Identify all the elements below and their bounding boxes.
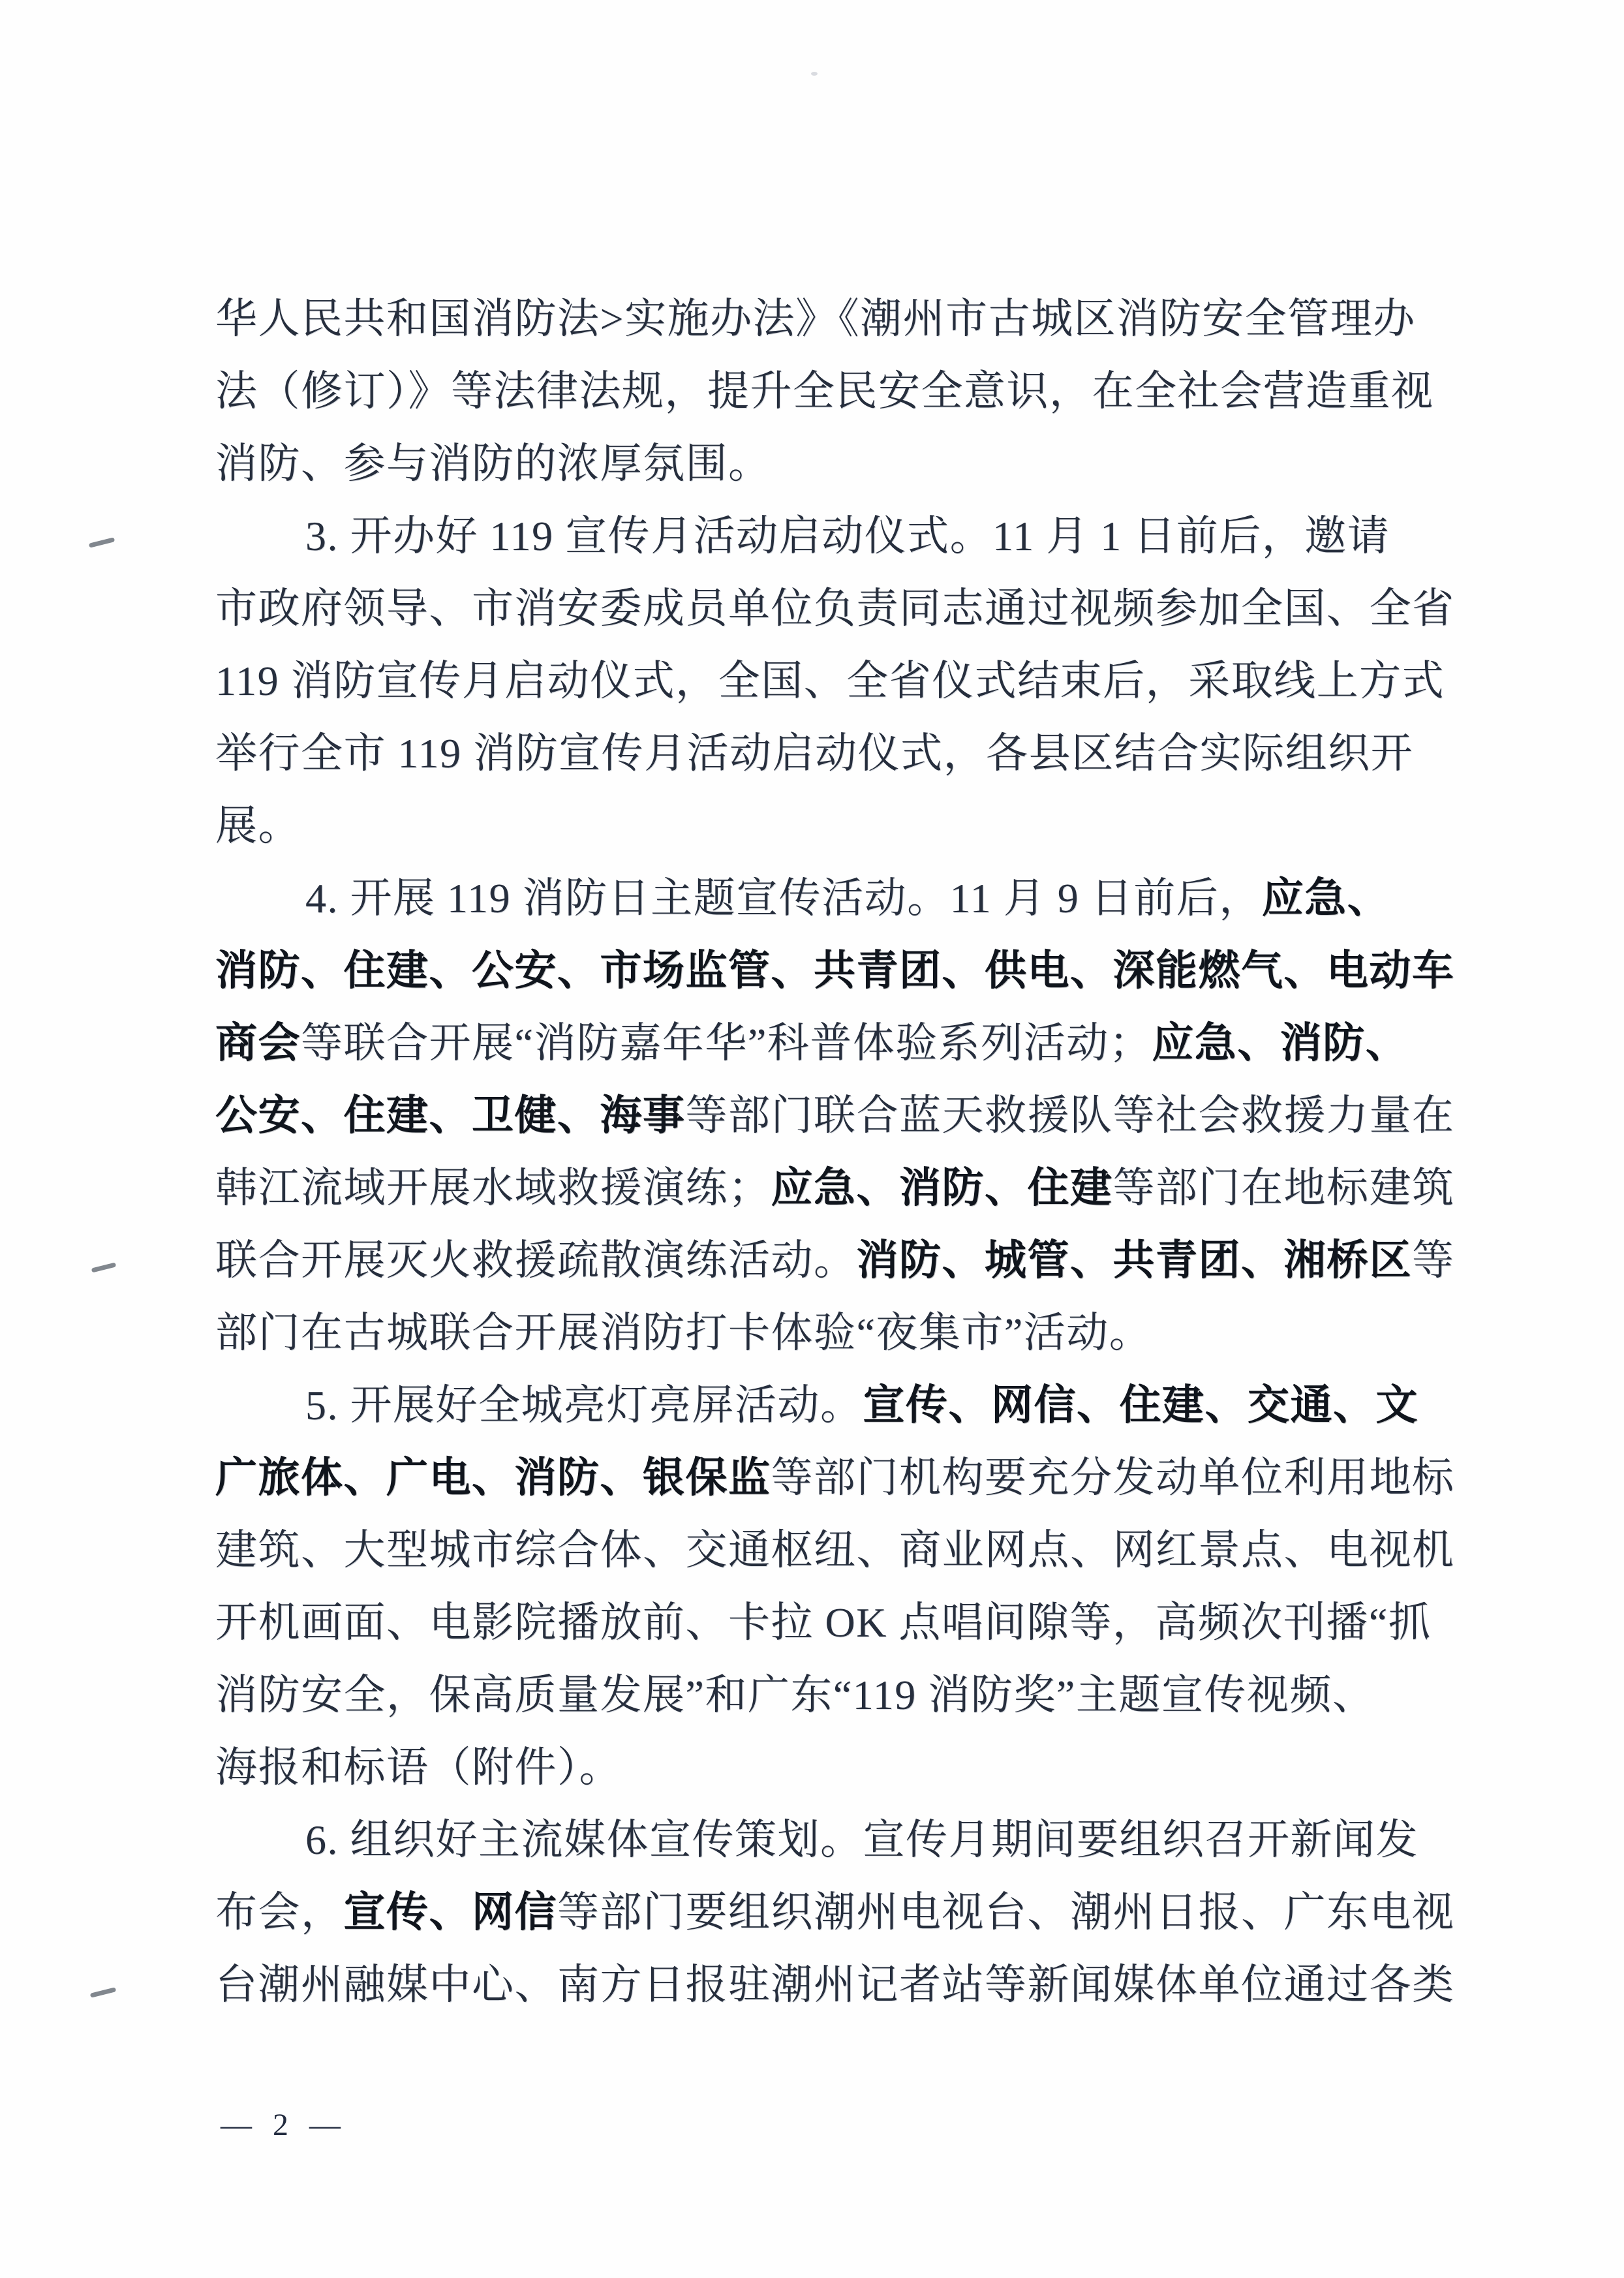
text-run: 建筑、大型城市综合体、交通枢纽、商业网点、网红景点、电视机 <box>215 1527 1455 1573</box>
text-line: 联合开展灭火救援疏散演练活动。消防、城管、共青团、湘桥区等 <box>215 1224 1442 1297</box>
text-line: 广旅体、广电、消防、银保监等部门机构要充分发动单位利用地标 <box>215 1441 1442 1514</box>
text-run: 4. 开展 119 消防日主题宣传活动。11 月 9 日前后， <box>305 875 1262 921</box>
scan-smudge-mark <box>91 1263 117 1273</box>
text-line: 建筑、大型城市综合体、交通枢纽、商业网点、网红景点、电视机 <box>215 1514 1442 1586</box>
text-run: 等部门要组织潮州电视台、潮州日报、广东电视 <box>557 1889 1455 1935</box>
text-run: 等部门联合蓝天救援队等社会救援力量在 <box>686 1092 1455 1139</box>
paragraph-first-line: 4. 开展 119 消防日主题宣传活动。11 月 9 日前后，应急、 <box>215 862 1442 934</box>
text-line: 消防、住建、公安、市场监管、共青团、供电、深能燃气、电动车 <box>215 934 1442 1007</box>
text-line: 119 消防宣传月启动仪式，全国、全省仪式结束后，采取线上方式 <box>215 645 1442 717</box>
department-names-bold: 应急、消防、住建 <box>771 1165 1113 1211</box>
text-run: 3. 开办好 119 宣传月活动启动仪式。11 月 1 日前后，邀请 <box>305 513 1390 559</box>
text-line: 法（修订）》等法律法规，提升全民安全意识，在全社会营造重视 <box>215 355 1442 427</box>
document-page: 华人民共和国消防法>实施办法》《潮州市古城区消防安全管理办法（修订）》等法律法规… <box>0 0 1624 2278</box>
department-names-bold: 商会 <box>215 1020 301 1066</box>
text-run: 消防安全，保高质量发展”和广东“119 消防奖”主题宣传视频、 <box>215 1672 1375 1718</box>
text-line: 华人民共和国消防法>实施办法》《潮州市古城区消防安全管理办 <box>215 283 1442 355</box>
text-run: 等 <box>1412 1237 1455 1284</box>
paragraph-first-line: 5. 开展好全城亮灯亮屏活动。宣传、网信、住建、交通、文 <box>215 1369 1442 1441</box>
text-run: 展。 <box>215 803 301 849</box>
text-run: 联合开展灭火救援疏散演练活动。 <box>215 1237 857 1284</box>
text-run: 举行全市 119 消防宣传月活动启动仪式，各县区结合实际组织开 <box>215 730 1413 777</box>
scan-speck-artifact <box>811 72 818 76</box>
text-run: 布会， <box>215 1889 344 1935</box>
text-line: 韩江流域开展水域救援演练；应急、消防、住建等部门在地标建筑 <box>215 1152 1442 1224</box>
text-line: 台潮州融媒中心、南方日报驻潮州记者站等新闻媒体单位通过各类 <box>215 1948 1442 2021</box>
text-run: 部门在古城联合开展消防打卡体验“夜集市”活动。 <box>215 1310 1152 1356</box>
text-run: 等部门在地标建筑 <box>1113 1165 1455 1211</box>
department-names-bold: 消防、城管、共青团、湘桥区 <box>857 1237 1413 1284</box>
text-line: 海报和标语（附件）。 <box>215 1731 1442 1804</box>
text-line: 开机画面、电影院播放前、卡拉 OK 点唱间隙等，高频次刊播“抓 <box>215 1586 1442 1659</box>
text-line: 公安、住建、卫健、海事等部门联合蓝天救援队等社会救援力量在 <box>215 1079 1442 1152</box>
text-line: 举行全市 119 消防宣传月活动启动仪式，各县区结合实际组织开 <box>215 717 1442 790</box>
paragraph-first-line: 3. 开办好 119 宣传月活动启动仪式。11 月 1 日前后，邀请 <box>215 500 1442 572</box>
scan-smudge-mark <box>90 1987 117 1997</box>
department-names-bold: 宣传、网信、住建、交通、文 <box>863 1382 1419 1428</box>
text-line: 消防安全，保高质量发展”和广东“119 消防奖”主题宣传视频、 <box>215 1659 1442 1731</box>
text-line: 消防、参与消防的浓厚氛围。 <box>215 427 1442 500</box>
page-number: — 2 — <box>221 2096 347 2155</box>
text-run: 消防、参与消防的浓厚氛围。 <box>215 440 771 487</box>
text-run: 韩江流域开展水域救援演练； <box>215 1165 771 1211</box>
text-run: 6. 组织好主流媒体宣传策划。宣传月期间要组织召开新闻发 <box>305 1817 1418 1863</box>
scan-smudge-mark <box>89 537 115 547</box>
text-run: 开机画面、电影院播放前、卡拉 OK 点唱间隙等，高频次刊播“抓 <box>215 1599 1431 1646</box>
text-run: 台潮州融媒中心、南方日报驻潮州记者站等新闻媒体单位通过各类 <box>215 1962 1455 2008</box>
text-run: 5. 开展好全城亮灯亮屏活动。 <box>305 1382 863 1428</box>
paragraph-first-line: 6. 组织好主流媒体宣传策划。宣传月期间要组织召开新闻发 <box>215 1804 1442 1876</box>
department-names-bold: 应急、消防、 <box>1152 1020 1408 1066</box>
text-run: 海报和标语（附件）。 <box>215 1744 622 1791</box>
text-line: 布会，宣传、网信等部门要组织潮州电视台、潮州日报、广东电视 <box>215 1876 1442 1948</box>
department-names-bold: 应急、 <box>1262 875 1390 921</box>
text-line: 展。 <box>215 790 1442 862</box>
department-names-bold: 宣传、网信 <box>344 1889 558 1935</box>
text-run: 119 消防宣传月启动仪式，全国、全省仪式结束后，采取线上方式 <box>215 658 1445 704</box>
text-run: 市政府领导、市消安委成员单位负责同志通过视频参加全国、全省 <box>215 585 1455 632</box>
text-line: 商会等联合开展“消防嘉年华”科普体验系列活动；应急、消防、 <box>215 1007 1442 1079</box>
department-names-bold: 消防、住建、公安、市场监管、共青团、供电、深能燃气、电动车 <box>215 947 1455 994</box>
department-names-bold: 公安、住建、卫健、海事 <box>215 1092 686 1139</box>
text-line: 部门在古城联合开展消防打卡体验“夜集市”活动。 <box>215 1297 1442 1369</box>
text-run: 等部门机构要充分发动单位利用地标 <box>771 1455 1455 1501</box>
text-run: 等联合开展“消防嘉年华”科普体验系列活动； <box>301 1020 1152 1066</box>
text-line: 市政府领导、市消安委成员单位负责同志通过视频参加全国、全省 <box>215 572 1442 645</box>
text-run: 华人民共和国消防法>实施办法》《潮州市古城区消防安全管理办 <box>215 296 1416 342</box>
document-body: 华人民共和国消防法>实施办法》《潮州市古城区消防安全管理办法（修订）》等法律法规… <box>215 283 1442 2021</box>
department-names-bold: 广旅体、广电、消防、银保监 <box>215 1455 771 1501</box>
text-run: 法（修订）》等法律法规，提升全民安全意识，在全社会营造重视 <box>215 368 1434 414</box>
